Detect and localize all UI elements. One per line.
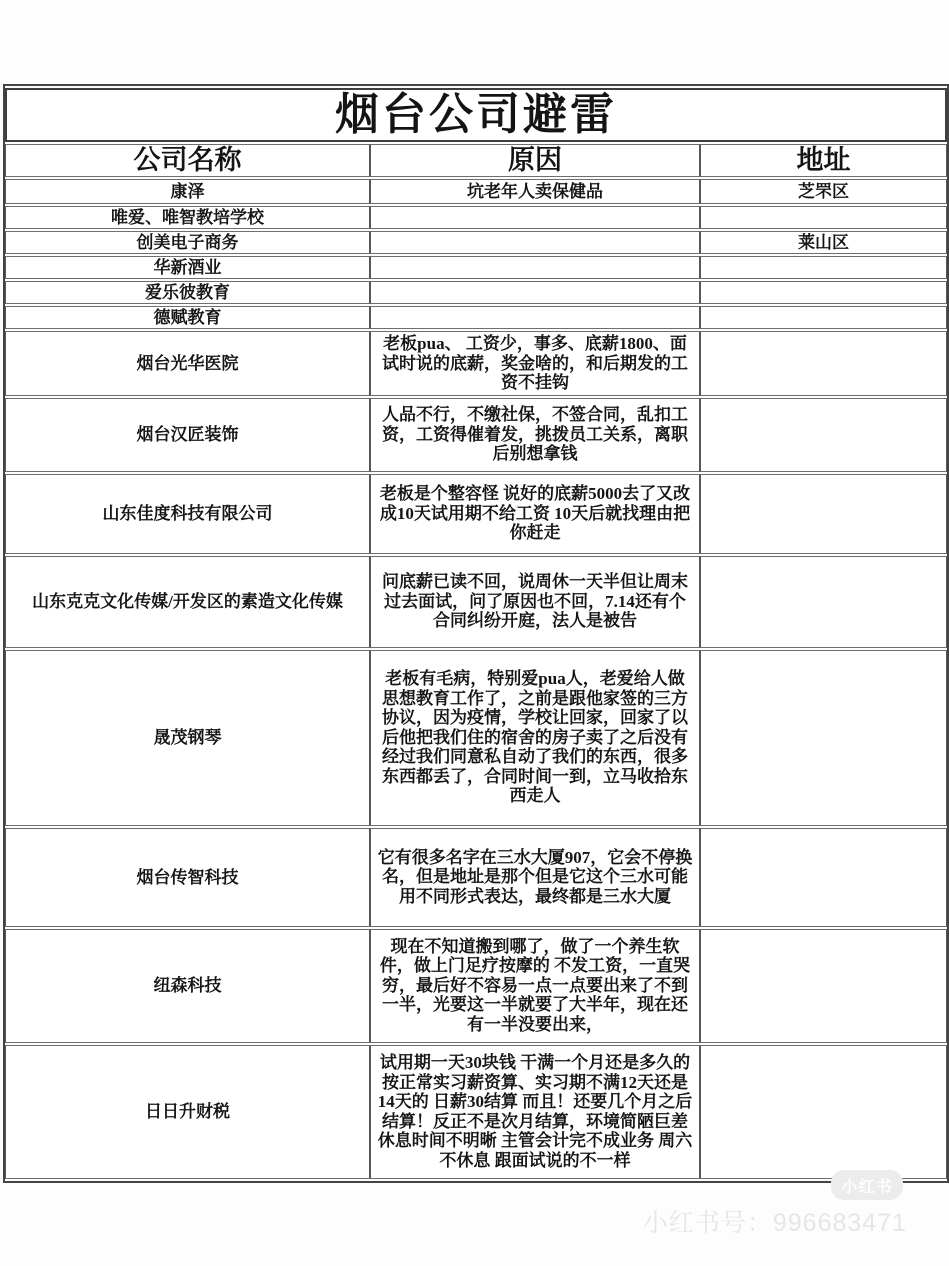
table-row: 日日升财税试用期一天30块钱 干满一个月还是多久的按正常实习薪资算、实习期不满1… [5, 1045, 947, 1179]
table-row: 晟茂钢琴老板有毛病，特别爱pua人，老爱给人做思想教育工作了，之前是跟他家签的三… [5, 650, 947, 826]
address-cell [700, 650, 947, 826]
reason-cell [370, 281, 700, 304]
reason-cell: 老板有毛病，特别爱pua人，老爱给人做思想教育工作了，之前是跟他家签的三方协议，… [370, 650, 700, 826]
company-cell: 爱乐彼教育 [5, 281, 370, 304]
reason-cell: 现在不知道搬到哪了，做了一个养生软件，做上门足疗按摩的 不发工资，一直哭穷，最后… [370, 929, 700, 1043]
company-cell: 纽森科技 [5, 929, 370, 1043]
reason-cell: 问底薪已读不回，说周休一天半但让周末过去面试，问了原因也不回，7.14还有个合同… [370, 556, 700, 648]
column-header-row: 公司名称 原因 地址 [5, 144, 947, 176]
reason-cell: 老板pua、 工资少，事多、底薪1800、面试时说的底薪，奖金啥的，和后期发的工… [370, 331, 700, 396]
table-row: 烟台汉匠装饰人品不行，不缴社保，不签合同，乱扣工资，工资得催着发，挑拨员工关系，… [5, 398, 947, 472]
table-row: 纽森科技现在不知道搬到哪了，做了一个养生软件，做上门足疗按摩的 不发工资，一直哭… [5, 929, 947, 1043]
table-row: 山东佳度科技有限公司老板是个整容怪 说好的底薪5000去了又改成10天试用期不给… [5, 474, 947, 554]
company-cell: 唯爱、唯智教培学校 [5, 206, 370, 229]
reason-cell [370, 231, 700, 254]
table-row: 华新酒业 [5, 256, 947, 279]
address-cell: 莱山区 [700, 231, 947, 254]
company-cell: 康泽 [5, 179, 370, 205]
column-header-company: 公司名称 [5, 144, 370, 176]
table-row: 山东克克文化传媒/开发区的素造文化传媒问底薪已读不回，说周休一天半但让周末过去面… [5, 556, 947, 648]
xiaohongshu-logo-badge: 小红书 [831, 1170, 903, 1200]
title-row: 烟台公司避雷 [5, 88, 947, 142]
company-cell: 烟台汉匠装饰 [5, 398, 370, 472]
address-cell [700, 206, 947, 229]
company-cell: 日日升财税 [5, 1045, 370, 1179]
table-row: 德赋教育 [5, 306, 947, 329]
table-row: 爱乐彼教育 [5, 281, 947, 304]
company-cell: 山东佳度科技有限公司 [5, 474, 370, 554]
company-cell: 创美电子商务 [5, 231, 370, 254]
address-cell [700, 474, 947, 554]
company-cell: 烟台光华医院 [5, 331, 370, 396]
address-cell [700, 398, 947, 472]
table-row: 康泽坑老年人卖保健品芝罘区 [5, 179, 947, 205]
column-header-reason: 原因 [370, 144, 700, 176]
reason-cell [370, 306, 700, 329]
company-cell: 烟台传智科技 [5, 828, 370, 927]
table-row: 烟台传智科技它有很多名字在三水大厦907，它会不停换名，但是地址是那个但是它这个… [5, 828, 947, 927]
address-cell [700, 556, 947, 648]
table-row: 烟台光华医院老板pua、 工资少，事多、底薪1800、面试时说的底薪，奖金啥的，… [5, 331, 947, 396]
table-row: 唯爱、唯智教培学校 [5, 206, 947, 229]
xiaohongshu-account-watermark: 小红书号：996683471 [643, 1203, 907, 1239]
address-cell [700, 256, 947, 279]
address-cell [700, 1045, 947, 1179]
reason-cell: 人品不行，不缴社保，不签合同，乱扣工资，工资得催着发，挑拨员工关系，离职后别想拿… [370, 398, 700, 472]
reason-cell [370, 206, 700, 229]
reason-cell [370, 256, 700, 279]
address-cell [700, 281, 947, 304]
address-cell [700, 828, 947, 927]
reason-cell: 坑老年人卖保健品 [370, 179, 700, 205]
page-title: 烟台公司避雷 [5, 88, 947, 142]
company-cell: 德赋教育 [5, 306, 370, 329]
column-header-address: 地址 [700, 144, 947, 176]
blacklist-table: 烟台公司避雷 公司名称 原因 地址 康泽坑老年人卖保健品芝罘区唯爱、唯智教培学校… [3, 84, 949, 1183]
blacklist-table-container: 烟台公司避雷 公司名称 原因 地址 康泽坑老年人卖保健品芝罘区唯爱、唯智教培学校… [3, 84, 945, 1183]
address-cell [700, 929, 947, 1043]
reason-cell: 它有很多名字在三水大厦907，它会不停换名，但是地址是那个但是它这个三水可能用不… [370, 828, 700, 927]
company-cell: 华新酒业 [5, 256, 370, 279]
xiaohongshu-logo-text: 小红书 [841, 1174, 892, 1197]
address-cell: 芝罘区 [700, 179, 947, 205]
reason-cell: 老板是个整容怪 说好的底薪5000去了又改成10天试用期不给工资 10天后就找理… [370, 474, 700, 554]
company-cell: 晟茂钢琴 [5, 650, 370, 826]
address-cell [700, 306, 947, 329]
company-cell: 山东克克文化传媒/开发区的素造文化传媒 [5, 556, 370, 648]
table-row: 创美电子商务莱山区 [5, 231, 947, 254]
table-body: 康泽坑老年人卖保健品芝罘区唯爱、唯智教培学校创美电子商务莱山区华新酒业爱乐彼教育… [5, 179, 947, 1179]
reason-cell: 试用期一天30块钱 干满一个月还是多久的按正常实习薪资算、实习期不满12天还是1… [370, 1045, 700, 1179]
address-cell [700, 331, 947, 396]
